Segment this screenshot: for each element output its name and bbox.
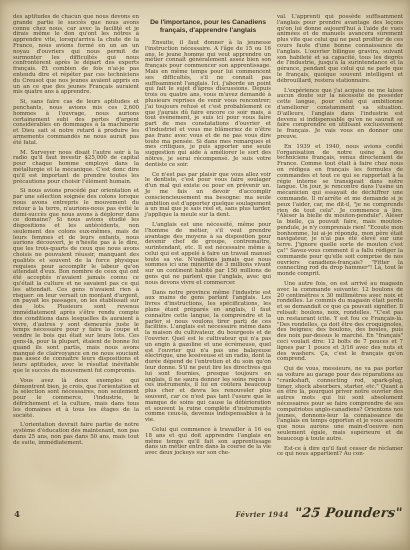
footer-date: Février 1944: [236, 510, 289, 519]
paragraph: L'anglais est une nécessité, même pour l…: [145, 223, 271, 287]
article-columns: des aptitudes de chacun que nous devons …: [13, 15, 403, 462]
column-1: des aptitudes de chacun que nous devons …: [13, 15, 139, 462]
magazine-page: des aptitudes de chacun que nous devons …: [0, 0, 410, 550]
paragraph: Si, sans faire cas de leurs aptitudes et…: [13, 100, 139, 146]
paragraph: En 1939 et 1940, nous avions confié l'or…: [277, 145, 403, 278]
paragraph: Qui de vous, messieurs, ne va pas porter…: [277, 367, 403, 442]
publication-title: "25 Pounders": [294, 506, 403, 521]
paragraph: L'expérience que j'ai acquise ne me lais…: [277, 89, 403, 141]
paragraph: M. Surveyer nous disait l'autre soir à l…: [13, 151, 139, 186]
paragraph: Est-ce à dire qu'il faut cesser de récla…: [277, 447, 403, 459]
column-2: De l'importance, pour les Canadiens fran…: [145, 15, 271, 462]
paragraph: Si nous avions procédé par orientation e…: [13, 189, 139, 375]
paragraph: Ce n'est pas par plaisir que vous allez …: [145, 173, 271, 219]
paragraph: val. L'apprenti qui possède suffisamment…: [277, 15, 403, 85]
paragraph: Ensuite, il faut donner à la jeunesse l'…: [145, 41, 271, 169]
column-3: val. L'apprenti qui possède suffisamment…: [277, 15, 403, 462]
paragraph: L'orientation devrait faire partie de no…: [13, 423, 139, 446]
page-number: 4: [14, 510, 20, 520]
footer: Février 1944 "25 Pounders": [236, 506, 402, 521]
article-heading: De l'importance, pour les Canadiens fran…: [146, 19, 270, 35]
paragraph: des aptitudes de chacun que nous devons …: [13, 15, 139, 96]
paragraph: Vous avez là deux exemples qui démontren…: [13, 379, 139, 420]
paragraph: Celui qui commence à travailler à 16 ou …: [145, 428, 271, 457]
paragraph: Dans notre province même l'industrie est…: [145, 291, 271, 424]
paragraph: Une autre fois, on est arrivé au magasin…: [277, 282, 403, 363]
